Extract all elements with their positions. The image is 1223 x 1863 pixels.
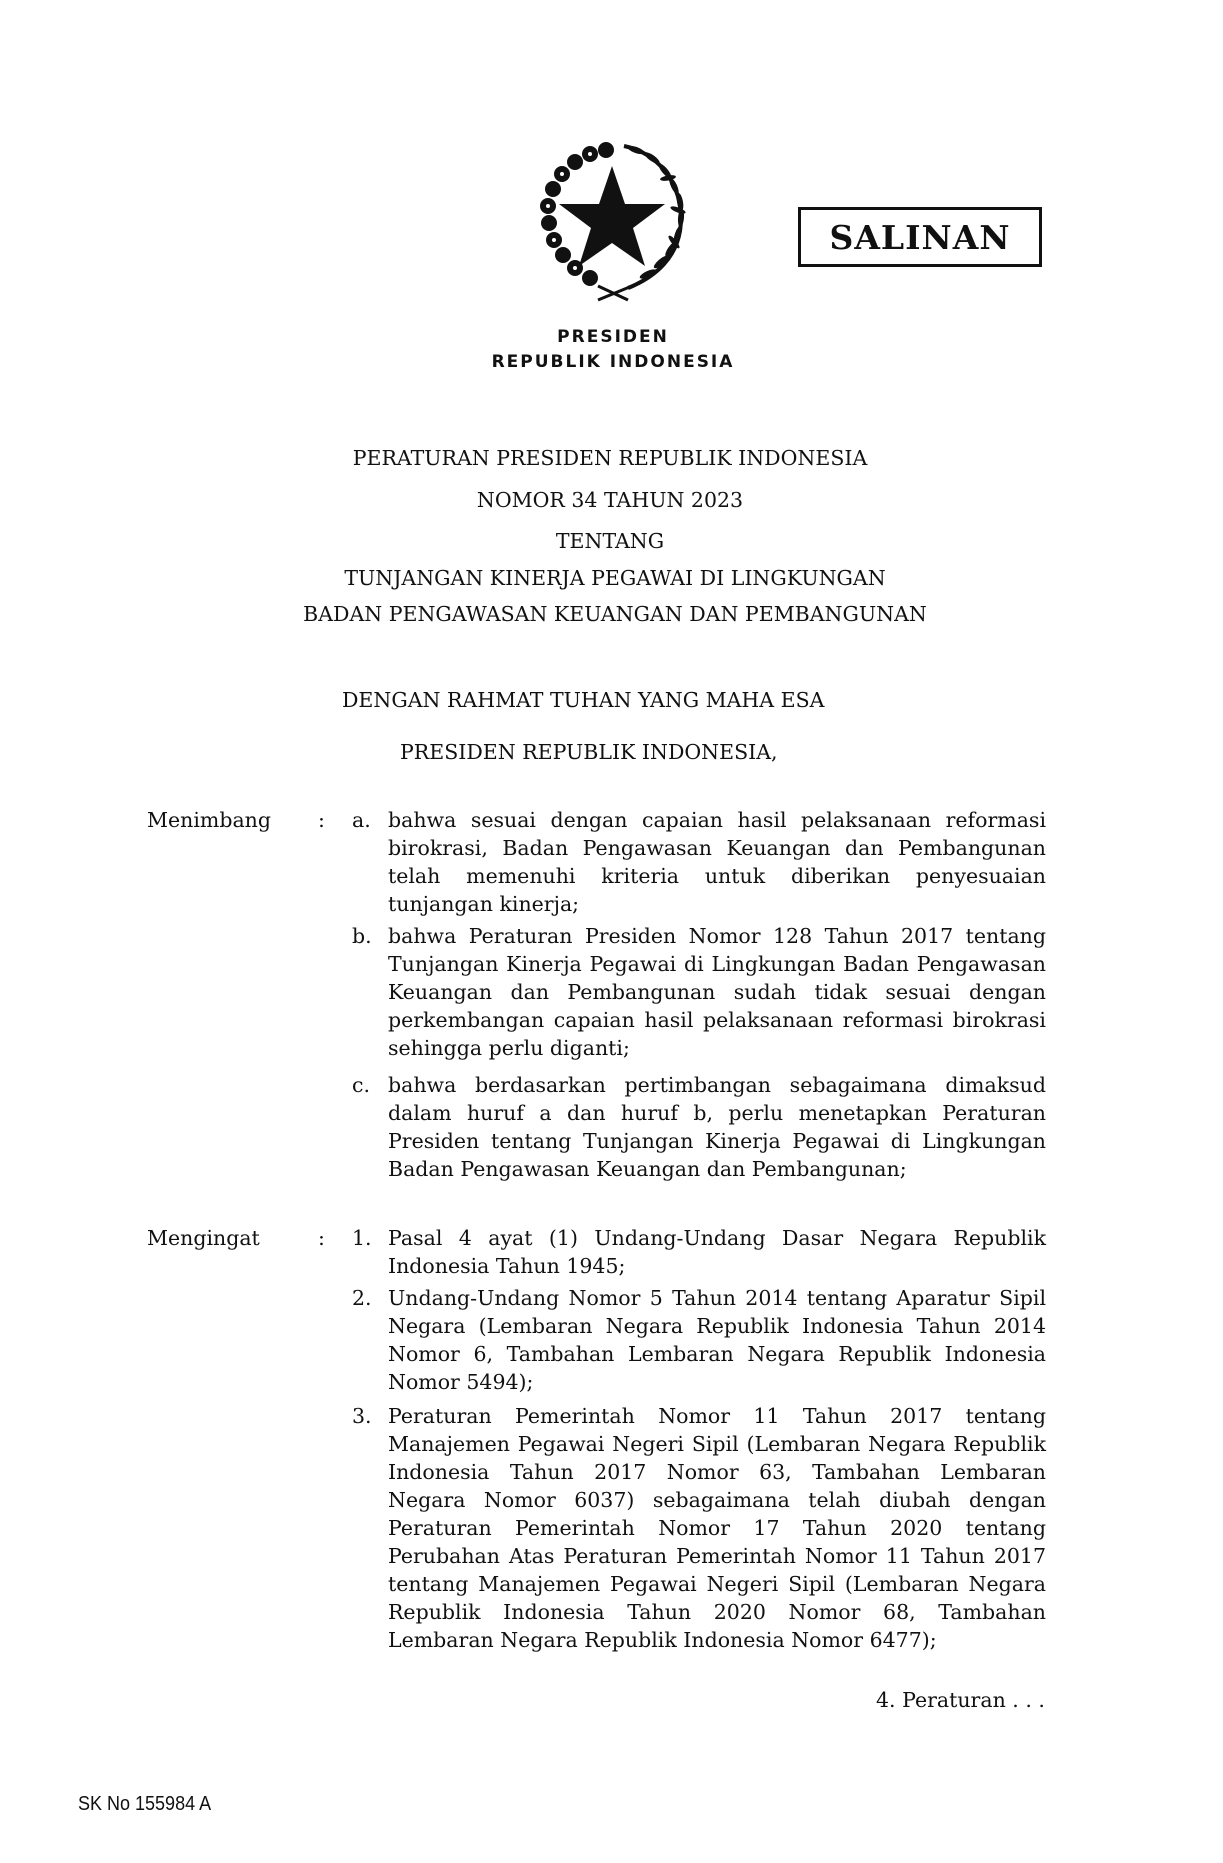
title-regulation-type: PERATURAN PRESIDEN REPUBLIK INDONESIA: [315, 446, 905, 470]
section-colon: :: [318, 806, 325, 834]
preamble-invocation: DENGAN RAHMAT TUHAN YANG MAHA ESA: [342, 688, 824, 712]
section-colon: :: [318, 1224, 325, 1252]
item-text: bahwa sesuai dengan capaian hasil pelaks…: [388, 806, 1046, 918]
item-text: Peraturan Pemerintah Nomor 11 Tahun 2017…: [388, 1402, 1046, 1654]
item-text: bahwa Peraturan Presiden Nomor 128 Tahun…: [388, 922, 1046, 1062]
item-text: bahwa berdasarkan pertimbangan sebagaima…: [388, 1071, 1046, 1183]
item-marker: b.: [352, 922, 372, 950]
continued-catchword: 4. Peraturan . . .: [876, 1688, 1045, 1712]
title-about: TENTANG: [315, 529, 905, 553]
sk-number: SK No 155984 A: [78, 1792, 211, 1816]
item-marker: 2.: [352, 1284, 372, 1312]
item-marker: c.: [352, 1071, 370, 1099]
item-marker: a.: [352, 806, 371, 834]
office-line-president: PRESIDEN: [489, 327, 737, 347]
title-subject-line2: BADAN PENGAWASAN KEUANGAN DAN PEMBANGUNA…: [250, 602, 980, 626]
section-label: Menimbang: [147, 806, 271, 834]
presidential-emblem-icon: [528, 136, 696, 304]
item-text: Pasal 4 ayat (1) Undang-Undang Dasar Neg…: [388, 1224, 1046, 1280]
document-page: SALINAN PRESIDEN REPUBLIK INDONESIA PERA…: [0, 0, 1223, 1863]
title-subject-line1: TUNJANGAN KINERJA PEGAWAI DI LINGKUNGAN: [290, 566, 940, 590]
section-label: Mengingat: [147, 1224, 260, 1252]
salinan-stamp: SALINAN: [798, 207, 1042, 267]
item-text: Undang-Undang Nomor 5 Tahun 2014 tentang…: [388, 1284, 1046, 1396]
title-number-year: NOMOR 34 TAHUN 2023: [315, 488, 905, 512]
office-line-republic: REPUBLIK INDONESIA: [489, 352, 737, 372]
preamble-president: PRESIDEN REPUBLIK INDONESIA,: [400, 740, 778, 764]
item-marker: 1.: [352, 1224, 372, 1252]
item-marker: 3.: [352, 1402, 372, 1430]
